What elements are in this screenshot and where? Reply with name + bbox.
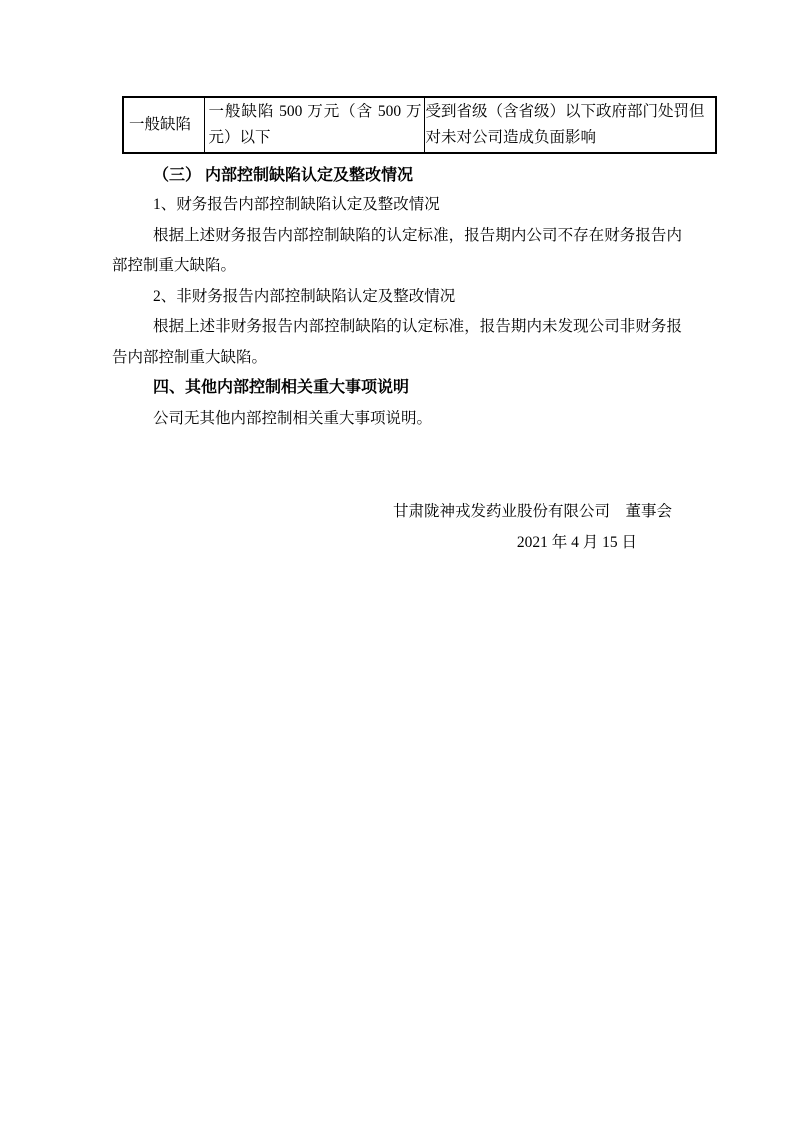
document-page: 一般缺陷 一般缺陷 500 万元（含 500 万元）以下 受到省级（含省级）以下… [0,0,793,1122]
signature-date: 2021 年 4 月 15 日 [112,528,682,559]
defect-level-cell: 一般缺陷 [123,97,204,153]
section-3-heading: （三） 内部控制缺陷认定及整改情况 [112,162,682,190]
subsection-2-body: 根据上述非财务报告内部控制缺陷的认定标准，报告期内未发现公司非财务报告内部控制重… [112,312,682,373]
qualitative-criteria-cell: 受到省级（含省级）以下政府部门处罚但对未对公司造成负面影响 [424,97,716,153]
subsection-1-body: 根据上述财务报告内部控制缺陷的认定标准，报告期内公司不存在财务报告内部控制重大缺… [112,221,682,282]
subsection-1-title: 1、财务报告内部控制缺陷认定及整改情况 [112,190,682,221]
quantitative-criteria-cell: 一般缺陷 500 万元（含 500 万元）以下 [204,97,424,153]
signature-company: 甘肃陇神戎发药业股份有限公司 董事会 [112,497,682,528]
subsection-2-title: 2、非财务报告内部控制缺陷认定及整改情况 [112,282,682,313]
section-4-heading: 四、其他内部控制相关重大事项说明 [112,373,682,404]
table-row: 一般缺陷 一般缺陷 500 万元（含 500 万元）以下 受到省级（含省级）以下… [123,97,716,153]
defect-criteria-table: 一般缺陷 一般缺陷 500 万元（含 500 万元）以下 受到省级（含省级）以下… [122,96,717,154]
document-body: 一般缺陷 一般缺陷 500 万元（含 500 万元）以下 受到省级（含省级）以下… [112,96,682,558]
signature-block: 甘肃陇神戎发药业股份有限公司 董事会 2021 年 4 月 15 日 [112,497,682,558]
section-4-body: 公司无其他内部控制相关重大事项说明。 [112,404,682,435]
